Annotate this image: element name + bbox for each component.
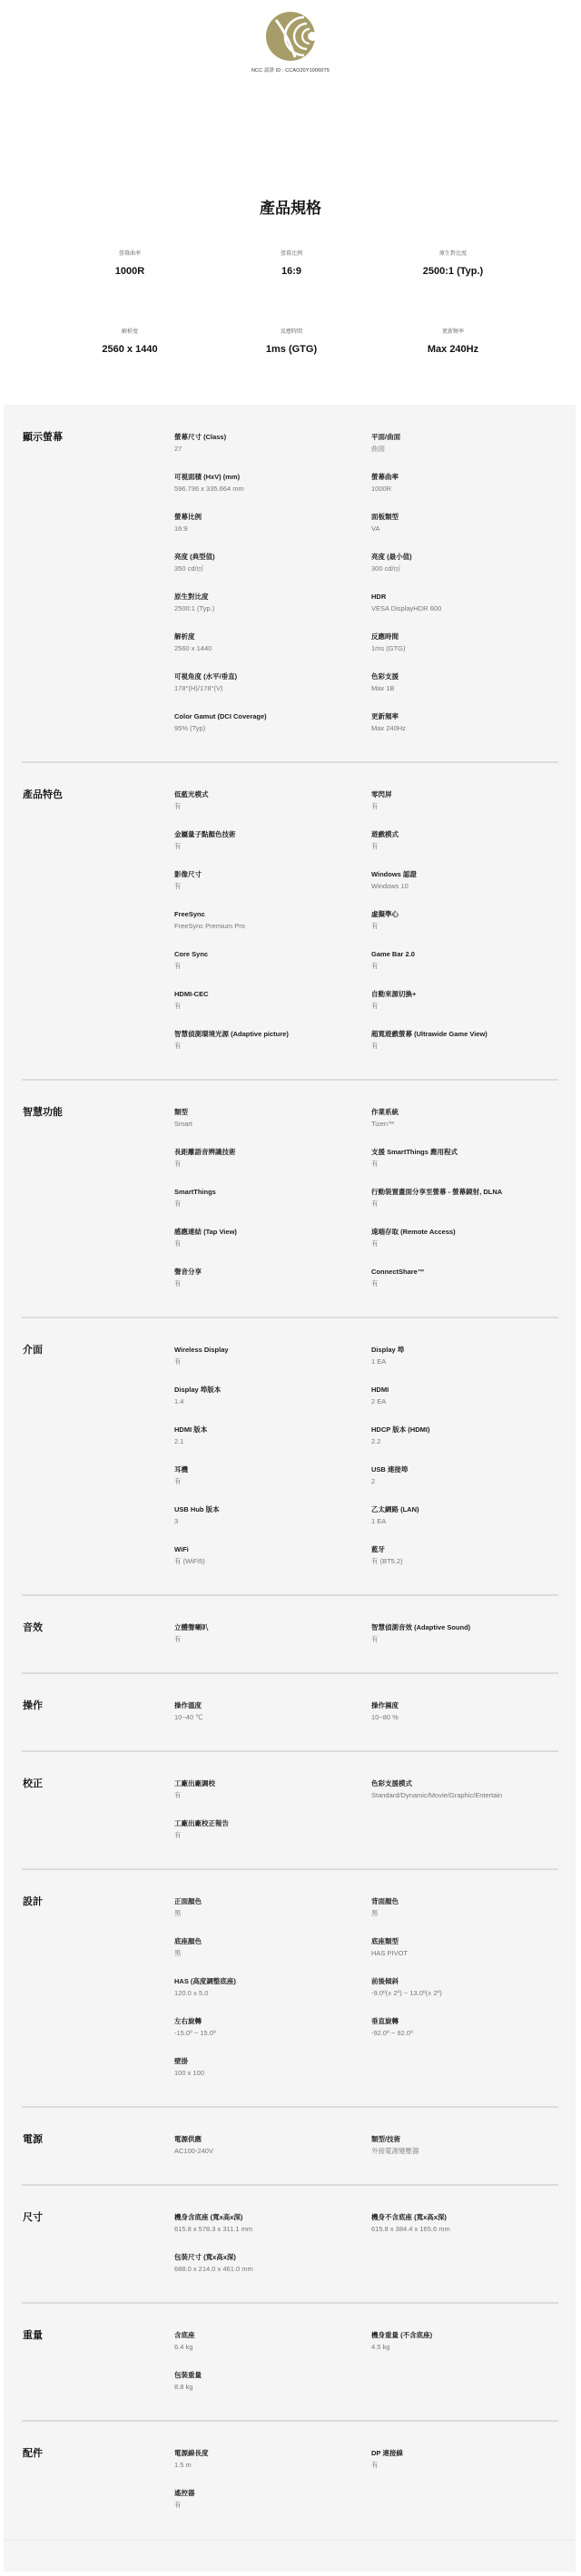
spec-value: 黑 [174,1908,371,1919]
section-title: 介面 [23,1345,174,1584]
spec-grid: 類型Smart 作業系統Tizen™ 長距離語音辨識技術有 支援 SmartTh… [174,1107,558,1307]
spec-item: 底座顏色黑 [174,1936,371,1976]
spec-label: 遠端存取 (Remote Access) [371,1227,558,1238]
spec-item: 工廠出廠調校有 [174,1778,371,1818]
spec-item: 機身含底座 (寬x高x深)615.8 x 578.3 x 311.1 mm [174,2212,371,2252]
spec-section-interface: 介面 Wireless Display有 Display 埠1 EA Displ… [22,1317,558,1594]
highlight-value: 1000R [49,265,211,278]
spec-label: 亮度 (典型值) [174,552,371,563]
spec-value: 有 [371,1199,558,1210]
spec-grid: 電源線長度1.5 m DP 連接線有 遙控器有 [174,2448,558,2528]
spec-label: 包裝尺寸 (寬x高x深) [174,2252,371,2263]
spec-item: 電源線長度1.5 m [174,2448,371,2488]
spec-grid: Wireless Display有 Display 埠1 EA Display … [174,1345,558,1584]
spec-item: 解析度2560 x 1440 [174,632,371,671]
spec-label: 亮度 (最小值) [371,552,558,563]
spec-label: 遊戲模式 [371,829,558,840]
spec-value: 2.2 [371,1436,558,1447]
spec-value: 178°(H)/178°(V) [174,683,371,694]
spec-item: 包裝尺寸 (寬x高x深)688.0 x 214.0 x 461.0 mm [174,2252,371,2292]
highlight-value: 2500:1 (Typ.) [372,265,534,278]
section-title: 顯示螢幕 [23,432,174,751]
spec-label: 底座顏色 [174,1936,371,1947]
highlight-value: 2560 x 1440 [49,343,211,356]
spec-value: 有 [174,1634,371,1645]
spec-item: 遙控器有 [174,2488,371,2528]
spec-value: 95% (Typ) [174,723,371,734]
spec-label: Display 埠 [371,1345,558,1356]
spec-item: 感應連結 (Tap View)有 [174,1227,371,1267]
spec-section-calibration: 校正 工廠出廠調校有 色彩支援模式Standard/Dynamic/Movie/… [22,1750,558,1868]
spec-value: 有 [371,1041,558,1052]
spec-item: 操作濕度10~80 % [371,1700,558,1740]
spec-value: 外接電源變壓器 [371,2146,558,2157]
highlight-resolution: 解析度 2560 x 1440 [49,328,211,406]
section-title: 設計 [23,1896,174,2096]
spec-value: 615.8 x 384.4 x 165.6 mm [371,2224,558,2235]
spec-label: 乙太網路 (LAN) [371,1504,558,1515]
spec-item: HAS (高度調整底座)120.0 ± 5.0 [174,1976,371,2016]
spec-value: -15.0º ~ 15.0º [174,2028,371,2039]
spec-value: AC100-240V [174,2146,371,2157]
panel-bottom-divider [4,2540,576,2541]
spec-value: 有 [371,1278,558,1289]
spec-value: FreeSync Premium Pro [174,921,371,932]
spec-value: 有 [174,801,371,812]
spec-label: 感應連結 (Tap View) [174,1227,371,1238]
spec-value: 300 cd/㎡ [371,563,558,574]
spec-value: 有 [174,1159,371,1170]
spec-label: USB 連接埠 [371,1464,558,1475]
spec-value: 1 EA [371,1516,558,1527]
spec-label: 長距離語音辨識技術 [174,1147,371,1158]
spec-label: 背面顏色 [371,1896,558,1907]
spec-value: 有 [174,1830,371,1841]
spec-item: HDMI 版本2.1 [174,1425,371,1464]
spec-item: 行動裝置畫面分享至螢幕 - 螢幕鏡射, DLNA有 [371,1187,558,1227]
spec-value: 120.0 ± 5.0 [174,1988,371,1999]
spec-item: 壁掛100 x 100 [174,2056,371,2096]
spec-item: Display 埠1 EA [371,1345,558,1385]
spec-value: 有 [371,2460,558,2471]
spec-section-power: 電源 電源供應AC100-240V 類型/技術外接電源變壓器 [22,2106,558,2184]
spec-section-dimensions: 尺寸 機身含底座 (寬x高x深)615.8 x 578.3 x 311.1 mm… [22,2184,558,2302]
spec-label: 自動來源切換+ [371,989,558,1000]
spec-label: 遙控器 [174,2488,371,2499]
spec-label: HDMI [371,1385,558,1396]
spec-section-display: 顯示螢幕 螢幕尺寸 (Class)27 平面/曲面曲面 可視面積 (HxV) (… [22,405,558,761]
spec-label: 影像尺寸 [174,869,371,880]
spec-value: 有 [174,1001,371,1012]
spec-label: 電源線長度 [174,2448,371,2459]
spec-label: 底座類型 [371,1936,558,1947]
spec-section-weight: 重量 含底座6.4 kg 機身重量 (不含底座)4.5 kg 包裝重量8.8 k… [22,2302,558,2420]
spec-value: 2 [371,1476,558,1487]
spec-label: 前後傾斜 [371,1976,558,1987]
spec-item: 機身不含底座 (寬x高x深)615.8 x 384.4 x 165.6 mm [371,2212,558,2252]
spec-item: 支援 SmartThings 應用程式有 [371,1147,558,1187]
spec-value: 有 [371,961,558,972]
spec-value: Smart [174,1119,371,1130]
spec-item: HDRVESA DisplayHDR 600 [371,592,558,632]
spec-item: 垂直旋轉-92.0º ~ 92.0º [371,2016,558,2056]
spec-label: 左右旋轉 [174,2016,371,2027]
spec-item: WiFi有 (WiFi5) [174,1544,371,1584]
spec-value: 有 [371,921,558,932]
spec-item: FreeSyncFreeSync Premium Pro [174,909,371,949]
spec-label: 作業系統 [371,1107,558,1118]
spec-grid: 螢幕尺寸 (Class)27 平面/曲面曲面 可視面積 (HxV) (mm)59… [174,432,558,751]
spec-label: 解析度 [174,632,371,642]
spec-item: 平面/曲面曲面 [371,432,558,472]
spec-label: HDCP 版本 (HDMI) [371,1425,558,1435]
spec-value: 有 [371,841,558,852]
spec-value: Windows 10 [371,881,558,892]
spec-value: 有 [174,1041,371,1052]
section-title: 校正 [23,1778,174,1858]
spec-grid: 正面顏色黑 背面顏色黑 底座顏色黑 底座類型HAS PIVOT HAS (高度調… [174,1896,558,2096]
spec-label: 壁掛 [174,2056,371,2067]
spec-label: 類型 [174,1107,371,1118]
spec-section-accessories: 配件 電源線長度1.5 m DP 連接線有 遙控器有 [22,2420,558,2538]
spec-item: Game Bar 2.0有 [371,949,558,989]
spec-item: 立體聲喇叭有 [174,1622,371,1662]
spec-value: 有 [174,961,371,972]
highlight-label: 螢幕曲率 [49,250,211,259]
highlight-value: Max 240Hz [372,343,534,356]
spec-value: VESA DisplayHDR 600 [371,603,558,614]
spec-item: 作業系統Tizen™ [371,1107,558,1147]
spec-value: -9.0º(± 2º) ~ 13.0º(± 2º) [371,1988,558,1999]
spec-grid: 機身含底座 (寬x高x深)615.8 x 578.3 x 311.1 mm 機身… [174,2212,558,2292]
spec-item: 虛擬準心有 [371,909,558,949]
spec-item: 智慧偵測音效 (Adaptive Sound)有 [371,1622,558,1662]
spec-label: 含底座 [174,2330,371,2341]
spec-label: 立體聲喇叭 [174,1622,371,1633]
spec-label: 色彩支援 [371,671,558,682]
spec-label: 超寬遊戲螢幕 (Ultrawide Game View) [371,1029,558,1040]
spec-item: Core Sync有 [174,949,371,989]
spec-value: 有 [174,1278,371,1289]
spec-item: 工廠出廠校正報告有 [174,1818,371,1858]
spec-item: 乙太網路 (LAN)1 EA [371,1504,558,1544]
spec-item: 機身重量 (不含底座)4.5 kg [371,2330,558,2370]
spec-value: Standard/Dynamic/Movie/Graphic/Entertain [371,1790,558,1801]
spec-label: 聲音分享 [174,1267,371,1278]
spec-value: 有 [174,841,371,852]
spec-value: 4.5 kg [371,2342,558,2353]
section-title: 智慧功能 [23,1107,174,1307]
spec-label: 耳機 [174,1464,371,1475]
spec-value: 2.1 [174,1436,371,1447]
spec-item: 包裝重量8.8 kg [174,2370,371,2410]
highlight-label: 更新頻率 [372,328,534,337]
spec-label: 原生對比度 [174,592,371,602]
highlight-response-time: 反應時間 1ms (GTG) [211,328,372,406]
spec-value: 1000R [371,484,558,495]
spec-value: 100 x 100 [174,2068,371,2079]
spec-label: Display 埠版本 [174,1385,371,1396]
spec-item: 可視角度 (水平/垂直)178°(H)/178°(V) [174,671,371,711]
highlight-label: 反應時間 [211,328,372,337]
spec-section-design: 設計 正面顏色黑 背面顏色黑 底座顏色黑 底座類型HAS PIVOT HAS (… [22,1868,558,2106]
spec-label: Game Bar 2.0 [371,949,558,960]
spec-label: 色彩支援模式 [371,1778,558,1789]
spec-section-audio: 音效 立體聲喇叭有 智慧偵測音效 (Adaptive Sound)有 [22,1594,558,1672]
spec-label: 螢幕比例 [174,512,371,523]
spec-item: 色彩支援Max 1B [371,671,558,711]
spec-value: 有 [174,1476,371,1487]
spec-label: 操作濕度 [371,1700,558,1711]
spec-item: 智慧偵測環境光源 (Adaptive picture)有 [174,1029,371,1069]
spec-grid: 操作溫度10~40 ℃ 操作濕度10~80 % [174,1700,558,1740]
spec-label: Color Gamut (DCI Coverage) [174,711,371,722]
spec-value: 596.736 x 335.664 mm [174,484,371,495]
spec-item: 螢幕曲率1000R [371,472,558,512]
spec-value: 27 [174,444,371,455]
spec-value: 1.4 [174,1396,371,1407]
spec-label: 零閃屏 [371,789,558,800]
highlight-contrast-ratio: 原生對比度 2500:1 (Typ.) [372,250,534,328]
spec-label: 智慧偵測音效 (Adaptive Sound) [371,1622,558,1633]
spec-label: Core Sync [174,949,371,960]
spec-value: 黑 [371,1908,558,1919]
spec-value: Max 1B [371,683,558,694]
spec-value: Max 240Hz [371,723,558,734]
spec-label: HAS (高度調整底座) [174,1976,371,1987]
spec-value: 黑 [174,1948,371,1959]
spec-label: 支援 SmartThings 應用程式 [371,1147,558,1158]
spec-value: 688.0 x 214.0 x 461.0 mm [174,2264,371,2275]
highlight-value: 16:9 [211,265,372,278]
spec-value: 8.8 kg [174,2382,371,2393]
spec-item: 底座類型HAS PIVOT [371,1936,558,1976]
spec-item: 類型/技術外接電源變壓器 [371,2134,558,2174]
section-title: 重量 [23,2330,174,2410]
spec-value: 3 [174,1516,371,1527]
spec-value: 有 (BT5.2) [371,1556,558,1567]
spec-label: 可視面積 (HxV) (mm) [174,472,371,483]
section-title: 電源 [23,2134,174,2174]
spec-item: 自動來源切換+有 [371,989,558,1029]
spec-value: VA [371,524,558,534]
ncc-certification-id: NCC 認證 ID : CCAO20Y10060T5 [0,68,581,74]
spec-item: 正面顏色黑 [174,1896,371,1936]
spec-item: 前後傾斜-9.0º(± 2º) ~ 13.0º(± 2º) [371,1976,558,2016]
spec-value: 有 [371,801,558,812]
spec-item: 含底座6.4 kg [174,2330,371,2370]
spec-label: DP 連接線 [371,2448,558,2459]
spec-item: Windows 認證Windows 10 [371,869,558,909]
spec-value: 1 EA [371,1357,558,1367]
spec-item: HDMI-CEC有 [174,989,371,1029]
spec-item: Display 埠版本1.4 [174,1385,371,1425]
spec-value: 有 [371,1001,558,1012]
ncc-logo-icon [266,12,315,61]
spec-label: 類型/技術 [371,2134,558,2145]
spec-item: DP 連接線有 [371,2448,558,2488]
spec-label: WiFi [174,1544,371,1555]
spec-item: 零閃屏有 [371,789,558,829]
spec-item: HDMI2 EA [371,1385,558,1425]
spec-label: 平面/曲面 [371,432,558,443]
spec-item: 影像尺寸有 [174,869,371,909]
spec-item: 低藍光模式有 [174,789,371,829]
spec-label: 機身不含底座 (寬x高x深) [371,2212,558,2223]
spec-label: 智慧偵測環境光源 (Adaptive picture) [174,1029,371,1040]
section-title: 操作 [23,1700,174,1740]
spec-value: 1ms (GTG) [371,643,558,654]
spec-value: 1.5 m [174,2460,371,2471]
spec-item: 螢幕比例16:9 [174,512,371,552]
spec-label: FreeSync [174,909,371,920]
spec-item: SmartThings有 [174,1187,371,1227]
spec-item: 藍牙有 (BT5.2) [371,1544,558,1584]
spec-label: 正面顏色 [174,1896,371,1907]
section-title: 配件 [23,2448,174,2528]
section-title: 產品特色 [23,789,174,1069]
spec-item: Color Gamut (DCI Coverage)95% (Typ) [174,711,371,751]
spec-item: 類型Smart [174,1107,371,1147]
spec-value: -92.0º ~ 92.0º [371,2028,558,2039]
spec-value: 有 [174,1357,371,1367]
spec-value: 有 [174,1790,371,1801]
spec-label: 行動裝置畫面分享至螢幕 - 螢幕鏡射, DLNA [371,1187,558,1198]
spec-label: 面板類型 [371,512,558,523]
spec-value: 350 cd/㎡ [174,563,371,574]
spec-item: 色彩支援模式Standard/Dynamic/Movie/Graphic/Ent… [371,1778,558,1818]
spec-grid: 含底座6.4 kg 機身重量 (不含底座)4.5 kg 包裝重量8.8 kg [174,2330,558,2410]
spec-item: 電源供應AC100-240V [174,2134,371,2174]
section-title: 尺寸 [23,2212,174,2292]
spec-item: 亮度 (典型值)350 cd/㎡ [174,552,371,592]
spec-label: 工廠出廠校正報告 [174,1818,371,1829]
spec-label: HDMI 版本 [174,1425,371,1435]
page-title: 產品規格 [0,199,581,219]
spec-value: 6.4 kg [174,2342,371,2353]
spec-value: 有 [371,1159,558,1170]
spec-value: 有 [174,2500,371,2511]
spec-value: 10~80 % [371,1712,558,1723]
spec-item: 聲音分享有 [174,1267,371,1307]
spec-label: 機身重量 (不含底座) [371,2330,558,2341]
spec-value: 2 EA [371,1396,558,1407]
spec-item: 面板類型VA [371,512,558,552]
spec-item: 遠端存取 (Remote Access)有 [371,1227,558,1267]
spec-label: Wireless Display [174,1345,371,1356]
spec-label: 金屬量子點顏色技術 [174,829,371,840]
spec-item: USB 連接埠2 [371,1464,558,1504]
spec-label: HDMI-CEC [174,989,371,1000]
spec-label: HDR [371,592,558,602]
spec-item: 遊戲模式有 [371,829,558,869]
spec-section-operation: 操作 操作溫度10~40 ℃ 操作濕度10~80 % [22,1672,558,1750]
spec-label: 低藍光模式 [174,789,371,800]
spec-label: Windows 認證 [371,869,558,880]
spec-value: 2560 x 1440 [174,643,371,654]
spec-label: 操作溫度 [174,1700,371,1711]
spec-item: 更新頻率Max 240Hz [371,711,558,751]
highlight-refresh-rate: 更新頻率 Max 240Hz [372,328,534,406]
highlight-label: 原生對比度 [372,250,534,259]
spec-item: 長距離語音辨識技術有 [174,1147,371,1187]
highlight-aspect-ratio: 螢幕比例 16:9 [211,250,372,328]
spec-label: 反應時間 [371,632,558,642]
spec-value: 有 [371,1239,558,1249]
spec-item: 可視面積 (HxV) (mm)596.736 x 335.664 mm [174,472,371,512]
spec-value: 有 [174,881,371,892]
spec-label: 工廠出廠調校 [174,1778,371,1789]
spec-label: 藍牙 [371,1544,558,1555]
spec-item: ConnectShare™有 [371,1267,558,1307]
spec-item: 背面顏色黑 [371,1896,558,1936]
spec-value: HAS PIVOT [371,1948,558,1959]
spec-label: USB Hub 版本 [174,1504,371,1515]
spec-grid: 電源供應AC100-240V 類型/技術外接電源變壓器 [174,2134,558,2174]
spec-item: 反應時間1ms (GTG) [371,632,558,671]
spec-item: HDCP 版本 (HDMI)2.2 [371,1425,558,1464]
spec-value: Tizen™ [371,1119,558,1130]
spec-item: Wireless Display有 [174,1345,371,1385]
spec-grid: 立體聲喇叭有 智慧偵測音效 (Adaptive Sound)有 [174,1622,558,1662]
spec-label: SmartThings [174,1187,371,1198]
spec-item: USB Hub 版本3 [174,1504,371,1544]
spec-value: 10~40 ℃ [174,1712,371,1723]
spec-item: 原生對比度2500:1 (Typ.) [174,592,371,632]
spec-value: 16:9 [174,524,371,534]
spec-value: 615.8 x 578.3 x 311.1 mm [174,2224,371,2235]
highlight-label: 解析度 [49,328,211,337]
spec-panel: 顯示螢幕 螢幕尺寸 (Class)27 平面/曲面曲面 可視面積 (HxV) (… [4,405,576,2571]
spec-highlights: 螢幕曲率 1000R 螢幕比例 16:9 原生對比度 2500:1 (Typ.)… [49,250,534,406]
spec-label: 螢幕尺寸 (Class) [174,432,371,443]
spec-label: 機身含底座 (寬x高x深) [174,2212,371,2223]
section-title: 音效 [23,1622,174,1662]
spec-value: 有 [371,1634,558,1645]
highlight-value: 1ms (GTG) [211,343,372,356]
spec-item: 超寬遊戲螢幕 (Ultrawide Game View)有 [371,1029,558,1069]
spec-grid: 低藍光模式有 零閃屏有 金屬量子點顏色技術有 遊戲模式有 影像尺寸有 Windo… [174,789,558,1069]
spec-item: 螢幕尺寸 (Class)27 [174,432,371,472]
spec-label: 包裝重量 [174,2370,371,2381]
spec-item: 亮度 (最小值)300 cd/㎡ [371,552,558,592]
spec-label: 虛擬準心 [371,909,558,920]
highlight-curvature: 螢幕曲率 1000R [49,250,211,328]
spec-item: 耳機有 [174,1464,371,1504]
spec-value: 有 (WiFi5) [174,1556,371,1567]
spec-item: 金屬量子點顏色技術有 [174,829,371,869]
spec-section-features: 產品特色 低藍光模式有 零閃屏有 金屬量子點顏色技術有 遊戲模式有 影像尺寸有 … [22,761,558,1079]
spec-section-smart: 智慧功能 類型Smart 作業系統Tizen™ 長距離語音辨識技術有 支援 Sm… [22,1079,558,1317]
spec-label: ConnectShare™ [371,1267,558,1278]
spec-item: 左右旋轉-15.0º ~ 15.0º [174,2016,371,2056]
spec-grid: 工廠出廠調校有 色彩支援模式Standard/Dynamic/Movie/Gra… [174,1778,558,1858]
spec-value: 2500:1 (Typ.) [174,603,371,614]
spec-label: 電源供應 [174,2134,371,2145]
spec-label: 更新頻率 [371,711,558,722]
spec-value: 有 [174,1199,371,1210]
spec-value: 曲面 [371,444,558,455]
highlight-label: 螢幕比例 [211,250,372,259]
spec-label: 螢幕曲率 [371,472,558,483]
spec-label: 垂直旋轉 [371,2016,558,2027]
spec-value: 有 [174,1239,371,1249]
spec-item: 操作溫度10~40 ℃ [174,1700,371,1740]
spec-label: 可視角度 (水平/垂直) [174,671,371,682]
